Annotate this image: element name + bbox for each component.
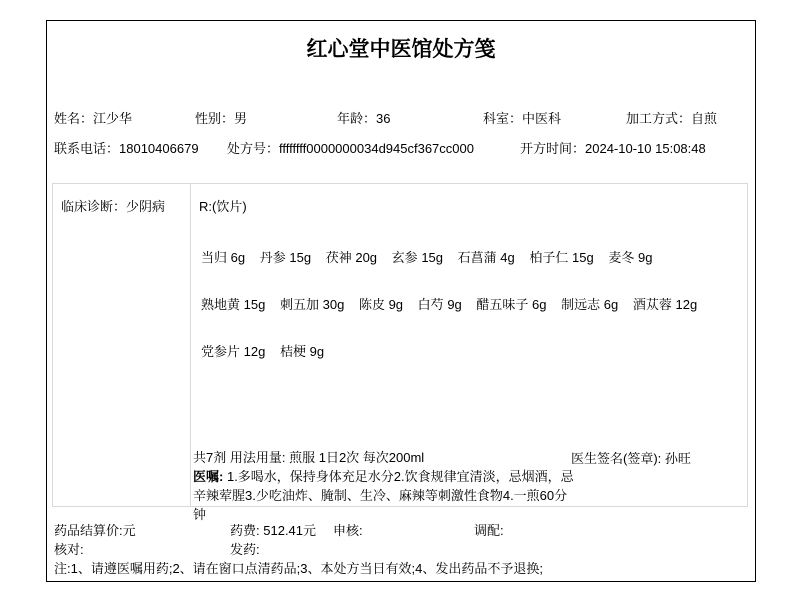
advice-label: 医嘱: bbox=[193, 469, 223, 484]
footer-note: 注:1、请遵医嘱用药;2、请在窗口点清药品;3、本处方当日有效;4、发出药品不予… bbox=[54, 558, 543, 577]
medicine-item: 白芍 9g bbox=[418, 297, 462, 312]
patient-name-field: 姓名：江少华 bbox=[54, 108, 132, 127]
total-doses: 共7剂 bbox=[193, 450, 226, 465]
medicine-item: 刺五加 30g bbox=[280, 297, 344, 312]
medicine-item: 醋五味子 6g bbox=[476, 297, 546, 312]
advice-text: 1.多喝水，保持身体充足水分2.饮食规律宜清淡，忌烟酒，忌辛辣荤腥3.少吃油炸、… bbox=[193, 469, 574, 522]
fee-field: 药费: 512.41元 bbox=[230, 520, 316, 539]
medicine-item: 制远志 6g bbox=[561, 297, 618, 312]
patient-gender-field: 性别：男 bbox=[195, 108, 247, 127]
patient-name-label: 姓名： bbox=[54, 111, 93, 126]
prescription-cell: R:(饮片) 当归 6g 丹参 15g 茯神 20g 玄参 15g 石菖蒲 4g… bbox=[191, 184, 747, 506]
processing-method-field: 加工方式：自煎 bbox=[626, 108, 717, 127]
prescription-page: 红心堂中医馆处方笺 姓名：江少华 性别：男 年龄：36 科室：中医科 加工方式：… bbox=[0, 0, 800, 600]
medicine-item: 当归 6g bbox=[201, 250, 245, 265]
usage-value: 煎服 1日2次 每次200ml bbox=[289, 450, 424, 465]
patient-gender-label: 性别： bbox=[195, 111, 234, 126]
prescription-sheet: 红心堂中医馆处方笺 姓名：江少华 性别：男 年龄：36 科室：中医科 加工方式：… bbox=[46, 20, 756, 582]
patient-dept-value: 中医科 bbox=[522, 111, 561, 126]
medicine-item: 桔梗 9g bbox=[280, 344, 324, 359]
medicine-item: 石菖蒲 4g bbox=[458, 250, 515, 265]
medicine-line-1: 当归 6g 丹参 15g 茯神 20g 玄参 15g 石菖蒲 4g 柏子仁 15… bbox=[201, 247, 663, 266]
medicine-line-2: 熟地黄 15g 刺五加 30g 陈皮 9g 白芍 9g 醋五味子 6g 制远志 … bbox=[201, 294, 708, 313]
processing-method-value: 自煎 bbox=[691, 111, 717, 126]
patient-name-value: 江少华 bbox=[93, 111, 132, 126]
fee-value: 512.41元 bbox=[263, 523, 316, 538]
medicine-item: 柏子仁 15g bbox=[529, 250, 593, 265]
phone-label: 联系电话： bbox=[54, 141, 119, 156]
review-field: 申核: bbox=[333, 520, 363, 539]
patient-age-value: 36 bbox=[376, 111, 390, 126]
medicine-item: 党参片 12g bbox=[201, 344, 265, 359]
phone-field: 联系电话：18010406679 bbox=[54, 138, 199, 157]
patient-age-field: 年龄：36 bbox=[337, 108, 390, 127]
medicine-item: 麦冬 9g bbox=[608, 250, 652, 265]
fee-label: 药费: bbox=[230, 523, 260, 538]
medicine-line-3: 党参片 12g 桔梗 9g bbox=[201, 341, 335, 360]
medicine-item: 酒苁蓉 12g bbox=[633, 297, 697, 312]
medicine-item: 茯神 20g bbox=[326, 250, 377, 265]
prepare-field: 调配: bbox=[474, 520, 504, 539]
rx-header: R:(饮片) bbox=[199, 196, 247, 215]
check-field: 核对: bbox=[54, 539, 84, 558]
rx-number-value: ffffffff0000000034d945cf367cc000 bbox=[279, 141, 474, 156]
doctor-signature: 医生签名(签章): 孙旺 bbox=[571, 448, 691, 467]
patient-gender-value: 男 bbox=[234, 111, 247, 126]
patient-dept-label: 科室： bbox=[483, 111, 522, 126]
patient-dept-field: 科室：中医科 bbox=[483, 108, 561, 127]
usage-summary-line: 共7剂 用法用量: 煎服 1日2次 每次200ml bbox=[193, 448, 577, 467]
usage-label: 用法用量: bbox=[230, 450, 286, 465]
patient-age-label: 年龄： bbox=[337, 111, 376, 126]
diagnosis-cell: 临床诊断：少阴病 bbox=[53, 184, 191, 506]
rx-number-label: 处方号： bbox=[227, 141, 279, 156]
diagnosis-label: 临床诊断： bbox=[61, 199, 126, 214]
doctor-signature-name: 孙旺 bbox=[665, 451, 691, 466]
settle-price-field: 药品结算价:元 bbox=[54, 520, 136, 539]
medicine-item: 丹参 15g bbox=[260, 250, 311, 265]
medicine-item: 陈皮 9g bbox=[359, 297, 403, 312]
rx-date-field: 开方时间：2024-10-10 15:08:48 bbox=[520, 138, 706, 157]
diagnosis-value: 少阴病 bbox=[126, 199, 165, 214]
doctor-signature-label: 医生签名(签章): bbox=[571, 451, 661, 466]
phone-value: 18010406679 bbox=[119, 141, 199, 156]
medicine-item: 熟地黄 15g bbox=[201, 297, 265, 312]
doctor-advice: 医嘱: 1.多喝水，保持身体充足水分2.饮食规律宜清淡，忌烟酒，忌辛辣荤腥3.少… bbox=[193, 467, 577, 524]
prescription-table: 临床诊断：少阴病 R:(饮片) 当归 6g 丹参 15g 茯神 20g 玄参 1… bbox=[52, 183, 748, 507]
processing-method-label: 加工方式： bbox=[626, 111, 691, 126]
rx-date-value: 2024-10-10 15:08:48 bbox=[585, 141, 706, 156]
dispense-field: 发药: bbox=[230, 539, 260, 558]
page-title: 红心堂中医馆处方笺 bbox=[47, 37, 755, 63]
medicine-item: 玄参 15g bbox=[392, 250, 443, 265]
usage-block: 共7剂 用法用量: 煎服 1日2次 每次200ml 医嘱: 1.多喝水，保持身体… bbox=[193, 448, 577, 524]
rx-date-label: 开方时间： bbox=[520, 141, 585, 156]
rx-number-field: 处方号：ffffffff0000000034d945cf367cc000 bbox=[227, 138, 474, 157]
